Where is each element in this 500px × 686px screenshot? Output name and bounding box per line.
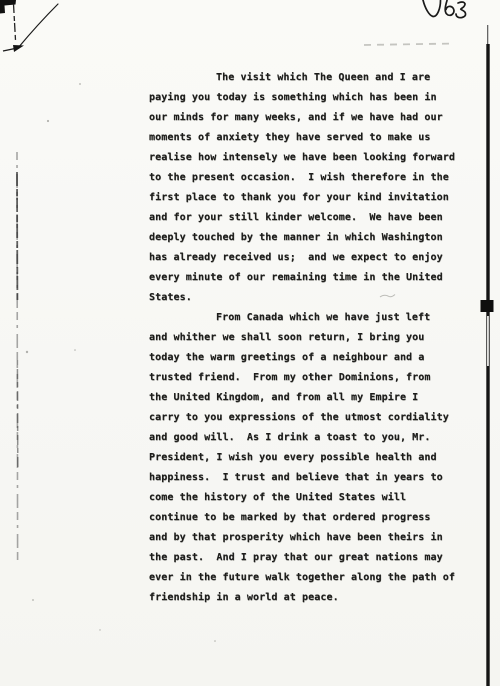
scanned-document-page: The visit which The Queen and I are payi… bbox=[0, 0, 500, 686]
scan-edge-line-left bbox=[17, 152, 18, 560]
typed-text-block: The visit which The Queen and I are payi… bbox=[149, 68, 479, 608]
paragraph-2: From Canada which we have just left and … bbox=[149, 308, 479, 608]
scan-corner-mark bbox=[0, 0, 16, 40]
scan-edge-line-right bbox=[481, 25, 494, 686]
pen-arrow-mark bbox=[3, 45, 24, 52]
pen-stroke-diagonal bbox=[18, 4, 58, 48]
faint-dashed-line bbox=[364, 44, 455, 46]
handwritten-mark-v63 bbox=[423, 0, 466, 18]
paragraph-1: The visit which The Queen and I are payi… bbox=[149, 68, 479, 308]
